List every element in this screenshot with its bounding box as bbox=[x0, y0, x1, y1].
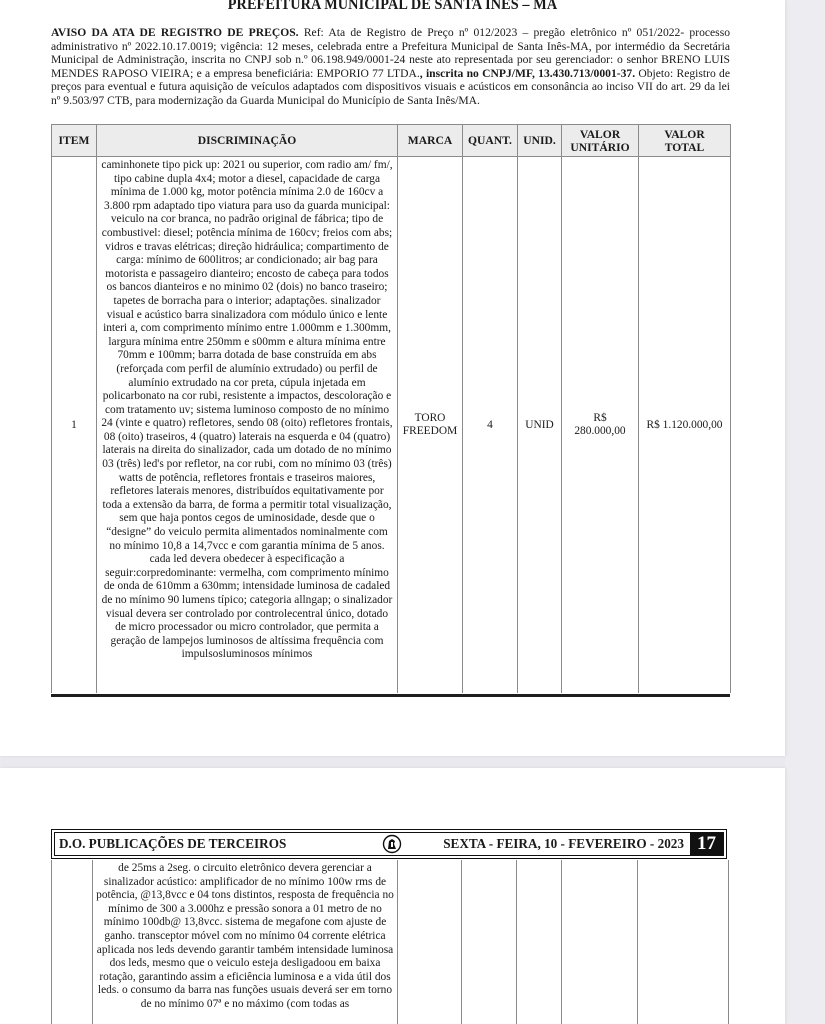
cell-quantity bbox=[462, 860, 517, 1024]
cell-item bbox=[52, 860, 93, 1024]
cell-total-price bbox=[638, 860, 729, 1024]
total-price-header-text: VALOR TOTAL bbox=[660, 128, 710, 154]
page-header-title: PREFEITURA MUNICIPAL DE SANTA INÊS – MA bbox=[31, 0, 753, 14]
cell-total-price: R$ 1.120.000,00 bbox=[639, 157, 731, 693]
brand-line-1: TORO bbox=[398, 412, 462, 425]
cell-unit: UNID bbox=[518, 157, 562, 693]
unit-price-line-1: R$ bbox=[562, 412, 638, 425]
unit-price-header-text: VALOR UNITÁRIO bbox=[570, 128, 630, 154]
cell-description: caminhonete tipo pick up: 2021 ou superi… bbox=[97, 157, 398, 693]
table-row: de 25ms a 2seg. o circuito eletrônico de… bbox=[52, 860, 729, 1024]
table-bottom-rule bbox=[51, 694, 730, 697]
viewer-background bbox=[785, 0, 825, 1024]
col-header-total-price: VALOR TOTAL bbox=[639, 125, 731, 157]
gazette-page-number: 17 bbox=[690, 833, 723, 855]
notice-paragraph: AVISO DA ATA DE REGISTRO DE PREÇOS. Ref:… bbox=[51, 26, 730, 108]
col-header-brand: MARCA bbox=[398, 125, 463, 157]
notice-cnpj: , inscrita no CNPJ/MF, 13.430.713/0001-3… bbox=[420, 67, 635, 80]
cell-brand bbox=[398, 860, 462, 1024]
col-header-description: DISCRIMINAÇÃO bbox=[97, 125, 398, 157]
document-page-1: PREFEITURA MUNICIPAL DE SANTA INÊS – MA … bbox=[0, 0, 785, 756]
unit-price-line-2: 280.000,00 bbox=[562, 425, 638, 438]
document-page-2: D.O. PUBLICAÇÕES DE TERCEIROS SEXTA - FE… bbox=[0, 768, 785, 1024]
cell-quantity: 4 bbox=[463, 157, 518, 693]
table-header-row: ITEM DISCRIMINAÇÃO MARCA QUANT. UNID. VA… bbox=[52, 125, 731, 157]
gazette-section-title: D.O. PUBLICAÇÕES DE TERCEIROS bbox=[55, 836, 381, 852]
gazette-header-bar: D.O. PUBLICAÇÕES DE TERCEIROS SEXTA - FE… bbox=[51, 829, 727, 859]
cell-unit-price bbox=[562, 860, 638, 1024]
col-header-unit-price: VALOR UNITÁRIO bbox=[562, 125, 639, 157]
municipal-seal-icon bbox=[381, 835, 403, 853]
items-table: ITEM DISCRIMINAÇÃO MARCA QUANT. UNID. VA… bbox=[51, 124, 731, 693]
cell-description-continued: de 25ms a 2seg. o circuito eletrônico de… bbox=[93, 860, 398, 1024]
brand-line-2: FREEDOM bbox=[398, 425, 462, 438]
cell-unit-price: R$ 280.000,00 bbox=[562, 157, 639, 693]
notice-lead: AVISO DA ATA DE REGISTRO DE PREÇOS. bbox=[51, 26, 299, 39]
cell-brand: TORO FREEDOM bbox=[398, 157, 463, 693]
gazette-date: SEXTA - FEIRA, 10 - FEVEREIRO - 2023 bbox=[443, 836, 690, 852]
table-row: 1 caminhonete tipo pick up: 2021 ou supe… bbox=[52, 157, 731, 693]
col-header-item: ITEM bbox=[52, 125, 97, 157]
items-table-continued: de 25ms a 2seg. o circuito eletrônico de… bbox=[51, 860, 729, 1024]
col-header-quantity: QUANT. bbox=[463, 125, 518, 157]
cell-unit bbox=[517, 860, 562, 1024]
col-header-unit: UNID. bbox=[518, 125, 562, 157]
cell-item: 1 bbox=[52, 157, 97, 693]
